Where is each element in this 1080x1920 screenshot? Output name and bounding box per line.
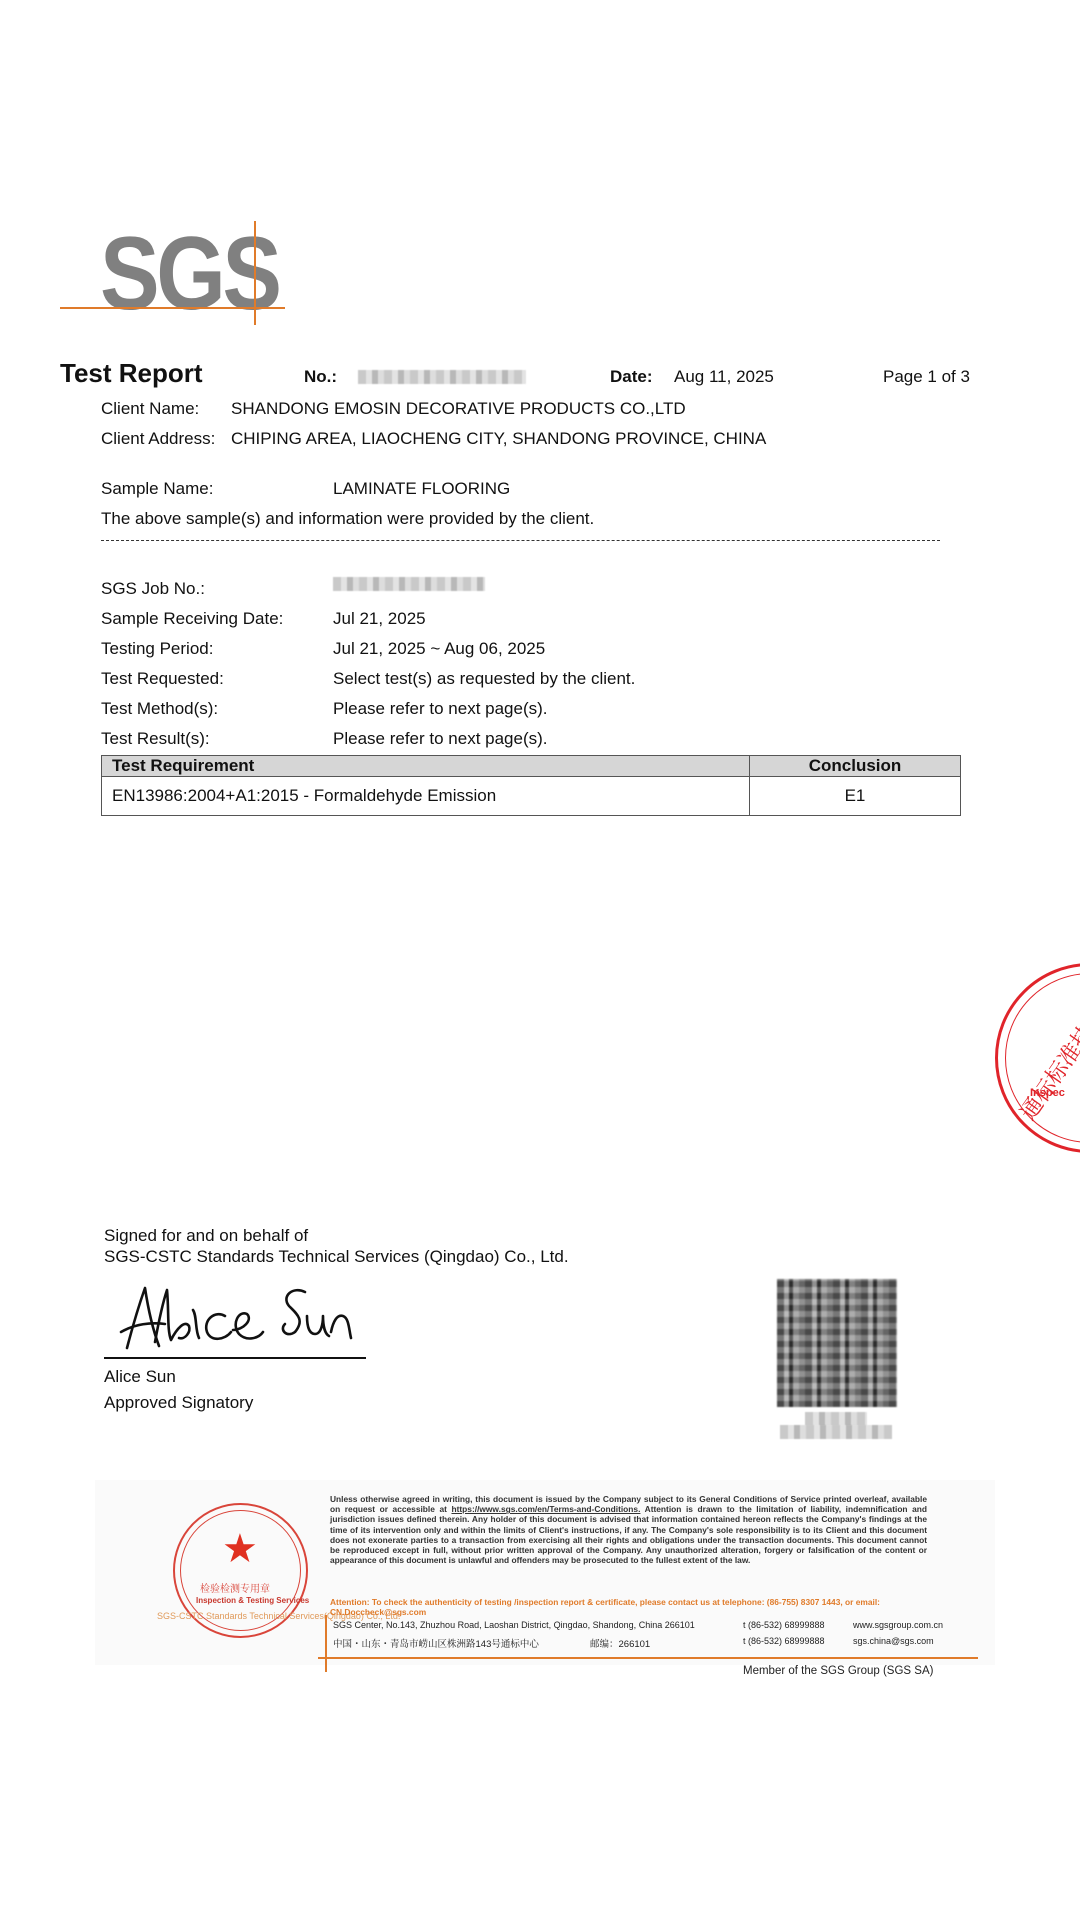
results-table: Test Requirement Conclusion EN13986:2004… [101,755,961,816]
sample-name-value: LAMINATE FLOORING [333,479,510,499]
qr-caption-redacted-2 [780,1425,892,1439]
official-stamp-right-en-text: Inspec [1030,1087,1065,1099]
signature-line [104,1357,366,1359]
client-name-value: SHANDONG EMOSIN DECORATIVE PRODUCTS CO.,… [231,399,686,419]
stamp-en-title: Inspection & Testing Services [196,1596,309,1605]
client-address-value: CHIPING AREA, LIAOCHENG CITY, SHANDONG P… [231,429,766,449]
cell-conclusion: E1 [750,777,961,816]
logo-vertical-rule [254,221,256,325]
report-number-redacted [358,370,526,384]
contact-email[interactable]: sgs.china@sgs.com [853,1636,934,1646]
address-chinese: 中国・山东・青岛市崂山区株洲路143号通标中心 [333,1636,539,1650]
header-test-requirement: Test Requirement [102,756,750,777]
qr-code[interactable] [777,1279,897,1407]
address-english: SGS Center, No.143, Zhuzhou Road, Laosha… [333,1620,695,1630]
sample-note: The above sample(s) and information were… [101,509,594,529]
postcode-chinese: 邮编：266101 [590,1636,650,1650]
test-results-label: Test Result(s): [101,729,210,749]
receiving-date-value: Jul 21, 2025 [333,609,426,629]
test-results-value: Please refer to next page(s). [333,729,548,749]
authenticity-notice: Attention: To check the authenticity of … [330,1597,930,1617]
test-methods-value: Please refer to next page(s). [333,699,548,719]
legal-disclaimer: Unless otherwise agreed in writing, this… [330,1494,927,1565]
signatory-role: Approved Signatory [104,1393,253,1413]
table-row: EN13986:2004+A1:2015 - Formaldehyde Emis… [102,777,961,816]
website[interactable]: www.sgsgroup.com.cn [853,1620,943,1630]
test-methods-label: Test Method(s): [101,699,218,719]
test-requested-label: Test Requested: [101,669,224,689]
receiving-date-label: Sample Receiving Date: [101,609,283,629]
signatory-name: Alice Sun [104,1367,176,1387]
client-address-label: Client Address: [101,429,215,449]
client-name-label: Client Name: [101,399,199,419]
footer-horizontal-rule [318,1657,978,1659]
stamp-cn-title: 检验检测专用章 [200,1580,270,1595]
testing-period-label: Testing Period: [101,639,213,659]
date-value: Aug 11, 2025 [674,367,774,387]
logo-horizontal-rule [60,307,285,309]
report-title: Test Report [60,358,203,389]
page-indicator: Page 1 of 3 [883,367,970,387]
telephone-1: t (86-532) 68999888 [743,1620,825,1630]
table-header-row: Test Requirement Conclusion [102,756,961,777]
signing-company: SGS-CSTC Standards Technical Services (Q… [104,1247,569,1267]
testing-period-value: Jul 21, 2025 ~ Aug 06, 2025 [333,639,545,659]
qr-caption-redacted [805,1412,867,1426]
dashed-separator [101,540,940,541]
terms-link[interactable]: https://www.sgs.com/en/Terms-and-Conditi… [451,1504,640,1514]
cell-test-requirement: EN13986:2004+A1:2015 - Formaldehyde Emis… [102,777,750,816]
date-label: Date: [610,367,653,387]
footer-vertical-rule [325,1615,327,1672]
sgs-logo: SGS [100,222,279,326]
handwritten-signature [115,1280,355,1355]
sample-name-label: Sample Name: [101,479,213,499]
signed-on-behalf-line: Signed for and on behalf of [104,1226,308,1246]
test-requested-value: Select test(s) as requested by the clien… [333,669,635,689]
telephone-2: t (86-532) 68999888 [743,1636,825,1646]
star-icon: ★ [222,1529,258,1569]
header-conclusion: Conclusion [750,756,961,777]
job-number-redacted [333,577,485,591]
member-notice: Member of the SGS Group (SGS SA) [743,1665,933,1677]
report-number-label: No.: [304,367,337,387]
job-number-label: SGS Job No.: [101,579,205,599]
